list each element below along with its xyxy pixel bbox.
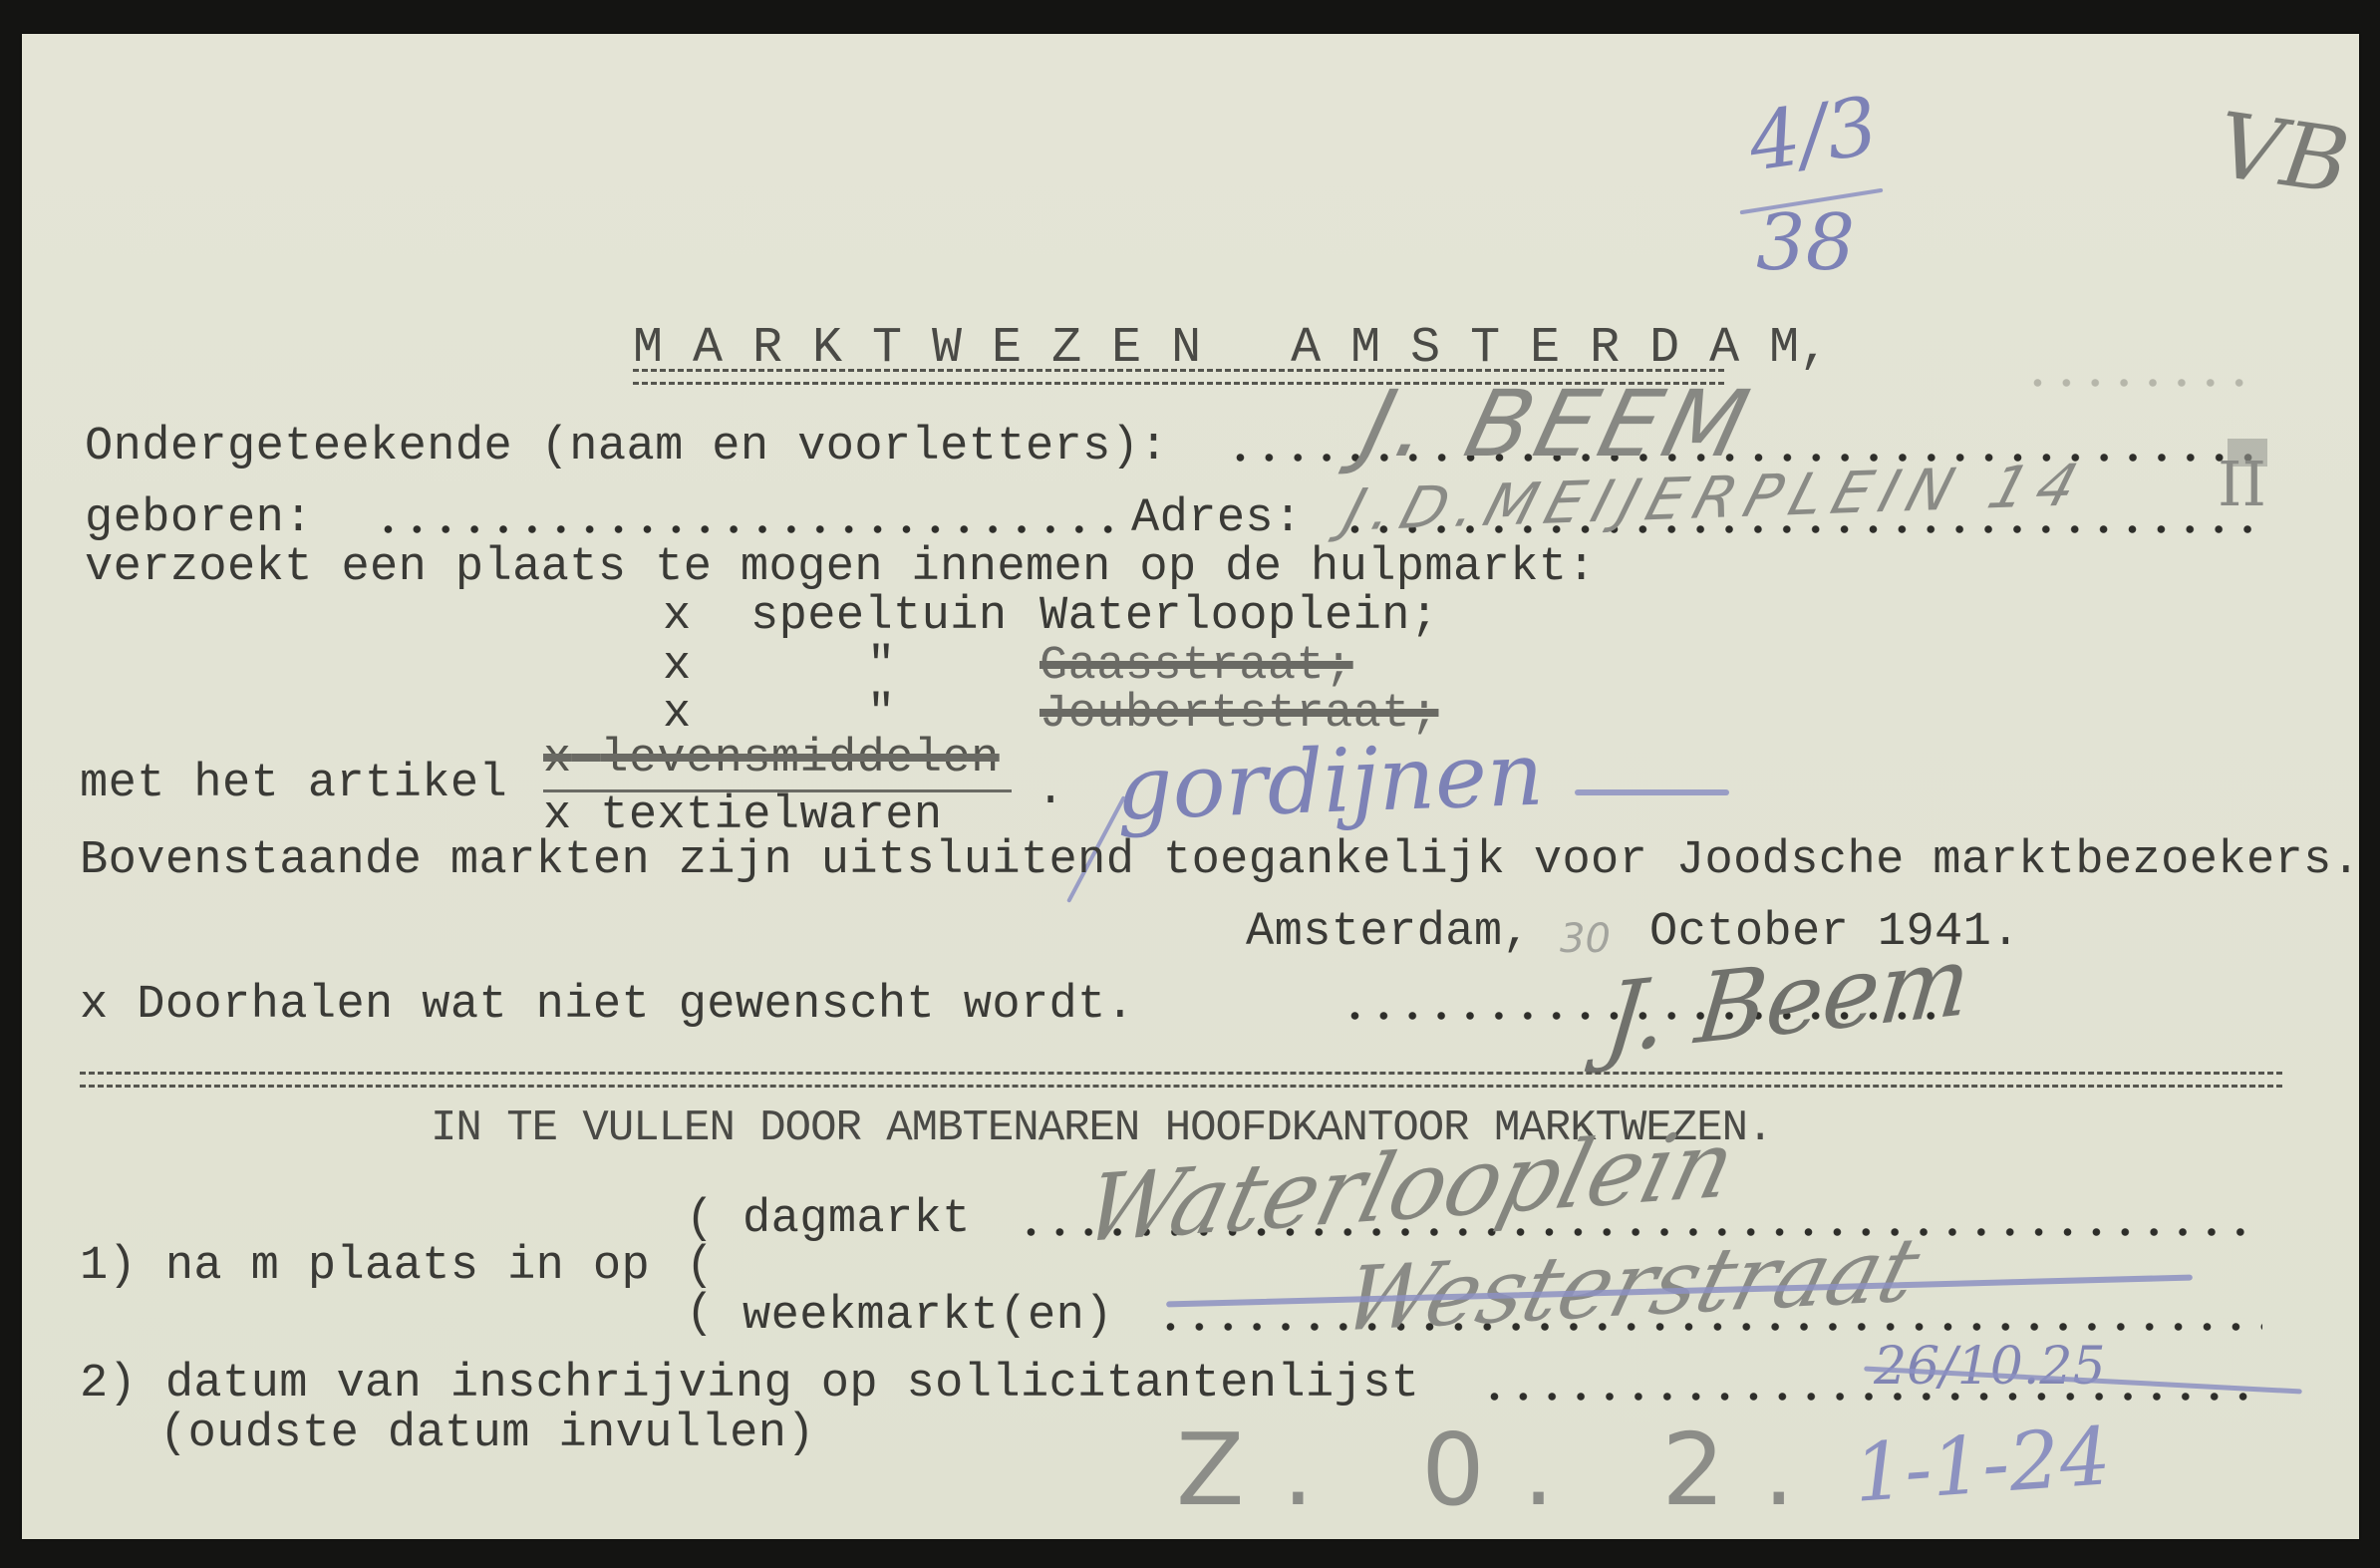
market-prefix-2: " bbox=[867, 643, 896, 690]
notice-text: Bovenstaande markten zijn uitsluitend to… bbox=[80, 837, 2360, 884]
article-option-1-struck: x levensmiddelen bbox=[543, 736, 1000, 783]
item2-dots bbox=[1480, 1393, 2262, 1401]
market-mark-2: x bbox=[663, 643, 692, 690]
name-value: J. BEEM bbox=[1354, 379, 1762, 470]
bracket-bottom: ( bbox=[686, 1291, 714, 1338]
margin-fraction-top: 4/3 bbox=[1744, 86, 1883, 182]
page-title: M A R K T W E Z E N A M S T E R D A M, bbox=[633, 324, 1829, 374]
article-handwritten: gordijnen bbox=[1115, 731, 1545, 833]
date-day: 30 bbox=[1560, 919, 1611, 959]
born-label: geboren: bbox=[85, 495, 313, 542]
market-prefix-1: speeltuin bbox=[750, 593, 1007, 640]
bracket-top: ( bbox=[686, 1196, 714, 1243]
article-mark-1: x bbox=[543, 733, 572, 785]
item2-value-struck: 26/10.25 bbox=[1874, 1341, 2106, 1393]
article-period: . bbox=[1037, 768, 1065, 814]
address-floor: II bbox=[2218, 454, 2266, 515]
item1-label: 1) na m plaats in op bbox=[80, 1243, 650, 1290]
article-name-1: levensmiddelen bbox=[600, 733, 999, 785]
weekmarkt-label: weekmarkt(en) bbox=[743, 1293, 1113, 1340]
title-trailing-marks bbox=[2023, 379, 2252, 387]
article-handwritten-underline bbox=[1575, 789, 1729, 795]
request-intro: verzoekt een plaats te mogen innemen op … bbox=[85, 544, 1596, 591]
market-mark-1: x bbox=[663, 593, 692, 640]
strike-note: x Doorhalen wat niet gewenscht wordt. bbox=[80, 982, 1134, 1029]
market-name-2-struck: Gaasstraat; bbox=[1040, 643, 1353, 690]
address-label: Adres: bbox=[1131, 495, 1303, 542]
item2-label: 2) datum van inschrijving op sollicitant… bbox=[80, 1361, 1419, 1408]
article-label: met het artikel bbox=[80, 761, 507, 807]
office-date: 1-1-24 bbox=[1852, 1416, 2114, 1514]
dagmarkt-label: dagmarkt bbox=[743, 1196, 971, 1243]
bracket-mid: ( bbox=[686, 1243, 714, 1290]
section-divider bbox=[80, 1072, 2282, 1088]
market-prefix-3: " bbox=[867, 691, 896, 738]
market-mark-3: x bbox=[663, 691, 692, 738]
place-label: Amsterdam, bbox=[1246, 909, 1531, 956]
born-field-dots bbox=[374, 525, 1131, 533]
margin-initials: VB bbox=[2212, 101, 2353, 207]
item2-sub: (oudste datum invullen) bbox=[159, 1411, 815, 1457]
office-code: Z. 0. 2. bbox=[1176, 1420, 1833, 1520]
margin-fraction-bottom: 38 bbox=[1756, 204, 1855, 282]
market-name-1: Waterlooplein; bbox=[1040, 593, 1438, 640]
article-option-2: x textielwaren bbox=[543, 792, 942, 839]
name-label: Ondergeteekende (naam en voorletters): bbox=[85, 424, 1168, 470]
